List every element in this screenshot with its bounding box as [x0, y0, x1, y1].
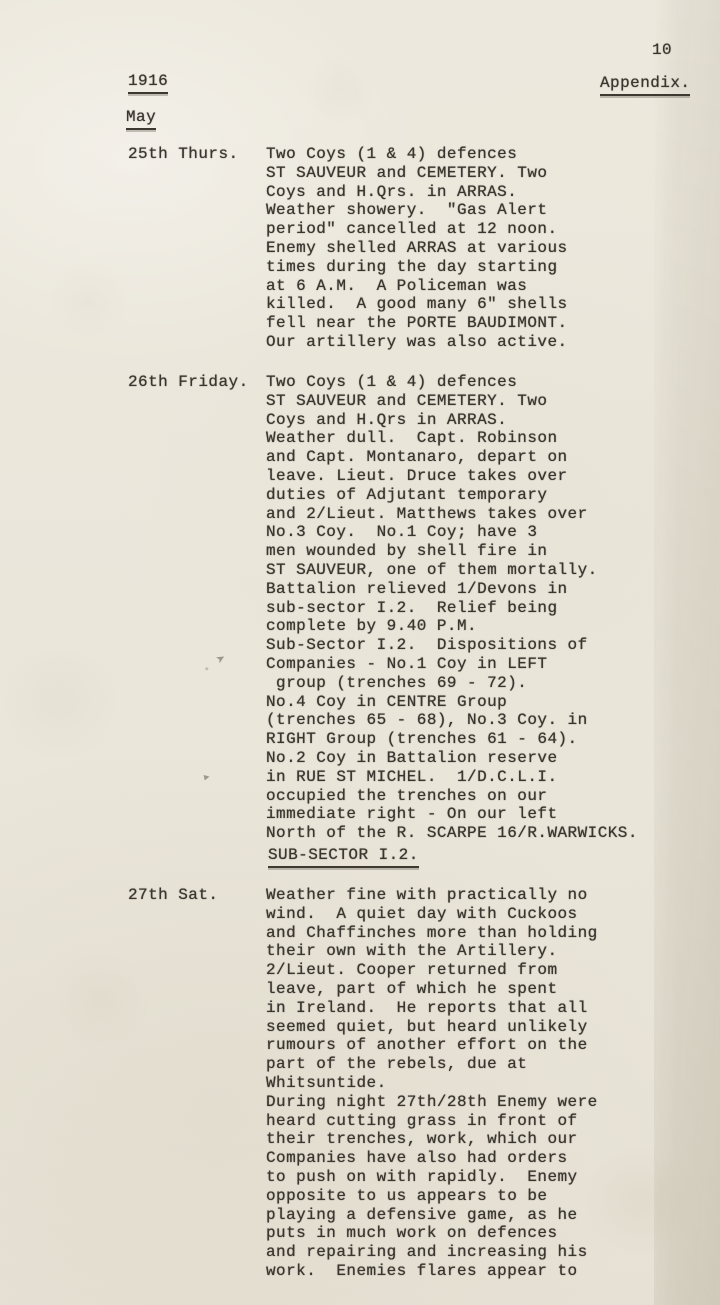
- entry-date: 25th Thurs.: [128, 145, 239, 164]
- diary-line: to push on with rapidly. Enemy: [266, 1168, 598, 1187]
- diary-line: and repairing and increasing his: [266, 1243, 598, 1262]
- entry-date: 26th Friday.: [128, 373, 249, 392]
- diary-line: immediate right - On our left: [266, 805, 638, 824]
- diary-line: and 2/Lieut. Matthews takes over: [266, 505, 638, 524]
- diary-line: men wounded by shell fire in: [266, 542, 638, 561]
- diary-line: Whitsuntide.: [266, 1074, 598, 1093]
- diary-line: Two Coys (1 & 4) defences: [266, 145, 568, 164]
- diary-line: heard cutting grass in front of: [266, 1112, 598, 1131]
- diary-line: seemed quiet, but heard unlikely: [266, 1018, 598, 1037]
- diary-line: their own with the Artillery.: [266, 942, 598, 961]
- diary-line: sub-sector I.2. Relief being: [266, 599, 638, 618]
- year-heading: 1916: [128, 72, 168, 94]
- month-heading: May: [126, 108, 156, 130]
- diary-line: in RUE ST MICHEL. 1/D.C.L.I.: [266, 768, 638, 787]
- diary-line: No.2 Coy in Battalion reserve: [266, 749, 638, 768]
- page-number: 10: [652, 41, 672, 60]
- diary-line: in Ireland. He reports that all: [266, 999, 598, 1018]
- entry-date: 27th Sat.: [128, 886, 218, 905]
- diary-line: No.4 Coy in CENTRE Group: [266, 693, 638, 712]
- sub-sector-heading: SUB-SECTOR I.2.: [268, 846, 419, 868]
- entry-body: Two Coys (1 & 4) defencesST SAUVEUR and …: [266, 373, 638, 843]
- diary-line: Weather dull. Capt. Robinson: [266, 429, 638, 448]
- diary-line: Sub-Sector I.2. Dispositions of: [266, 636, 638, 655]
- diary-line: North of the R. SCARPE 16/R.WARWICKS.: [266, 824, 638, 843]
- diary-line: period" cancelled at 12 noon.: [266, 220, 568, 239]
- diary-line: Companies - No.1 Coy in LEFT: [266, 655, 638, 674]
- diary-line: and Chaffinches more than holding: [266, 924, 598, 943]
- diary-line: Weather showery. "Gas Alert: [266, 201, 568, 220]
- diary-line: killed. A good many 6" shells: [266, 295, 568, 314]
- diary-line: at 6 A.M. A Policeman was: [266, 277, 568, 296]
- diary-line: times during the day starting: [266, 258, 568, 277]
- diary-line: RIGHT Group (trenches 61 - 64).: [266, 730, 638, 749]
- diary-line: ST SAUVEUR, one of them mortally.: [266, 561, 638, 580]
- diary-line: Battalion relieved 1/Devons in: [266, 580, 638, 599]
- diary-line: ST SAUVEUR and CEMETERY. Two: [266, 392, 638, 411]
- diary-line: Coys and H.Qrs. in ARRAS.: [266, 183, 568, 202]
- diary-line: opposite to us appears to be: [266, 1187, 598, 1206]
- diary-line: rumours of another effort on the: [266, 1036, 598, 1055]
- diary-line: group (trenches 69 - 72).: [266, 674, 638, 693]
- diary-line: leave. Lieut. Druce takes over: [266, 467, 638, 486]
- diary-line: wind. A quiet day with Cuckoos: [266, 905, 598, 924]
- diary-line: part of the rebels, due at: [266, 1055, 598, 1074]
- appendix-label: Appendix.: [600, 74, 690, 96]
- diary-line: complete by 9.40 P.M.: [266, 617, 638, 636]
- diary-line: work. Enemies flares appear to: [266, 1262, 598, 1281]
- diary-line: Our artillery was also active.: [266, 333, 568, 352]
- diary-line: fell near the PORTE BAUDIMONT.: [266, 314, 568, 333]
- diary-line: Enemy shelled ARRAS at various: [266, 239, 568, 258]
- diary-line: ST SAUVEUR and CEMETERY. Two: [266, 164, 568, 183]
- diary-line: 2/Lieut. Cooper returned from: [266, 961, 598, 980]
- diary-line: (trenches 65 - 68), No.3 Coy. in: [266, 711, 638, 730]
- diary-line: duties of Adjutant temporary: [266, 486, 638, 505]
- diary-line: leave, part of which he spent: [266, 980, 598, 999]
- diary-line: occupied the trenches on our: [266, 787, 638, 806]
- paper-edge-shadow: [654, 0, 720, 1305]
- diary-line: puts in much work on defences: [266, 1224, 598, 1243]
- entry-body: Two Coys (1 & 4) defencesST SAUVEUR and …: [266, 145, 568, 352]
- diary-line: No.3 Coy. No.1 Coy; have 3: [266, 523, 638, 542]
- diary-line: playing a defensive game, as he: [266, 1206, 598, 1225]
- diary-line: their trenches, work, which our: [266, 1130, 598, 1149]
- diary-line: Coys and H.Qrs in ARRAS.: [266, 411, 638, 430]
- diary-line: Weather fine with practically no: [266, 886, 598, 905]
- diary-line: Companies have also had orders: [266, 1149, 598, 1168]
- diary-line: During night 27th/28th Enemy were: [266, 1093, 598, 1112]
- entry-body: Weather fine with practically nowind. A …: [266, 886, 598, 1281]
- diary-line: and Capt. Montanaro, depart on: [266, 448, 638, 467]
- diary-line: Two Coys (1 & 4) defences: [266, 373, 638, 392]
